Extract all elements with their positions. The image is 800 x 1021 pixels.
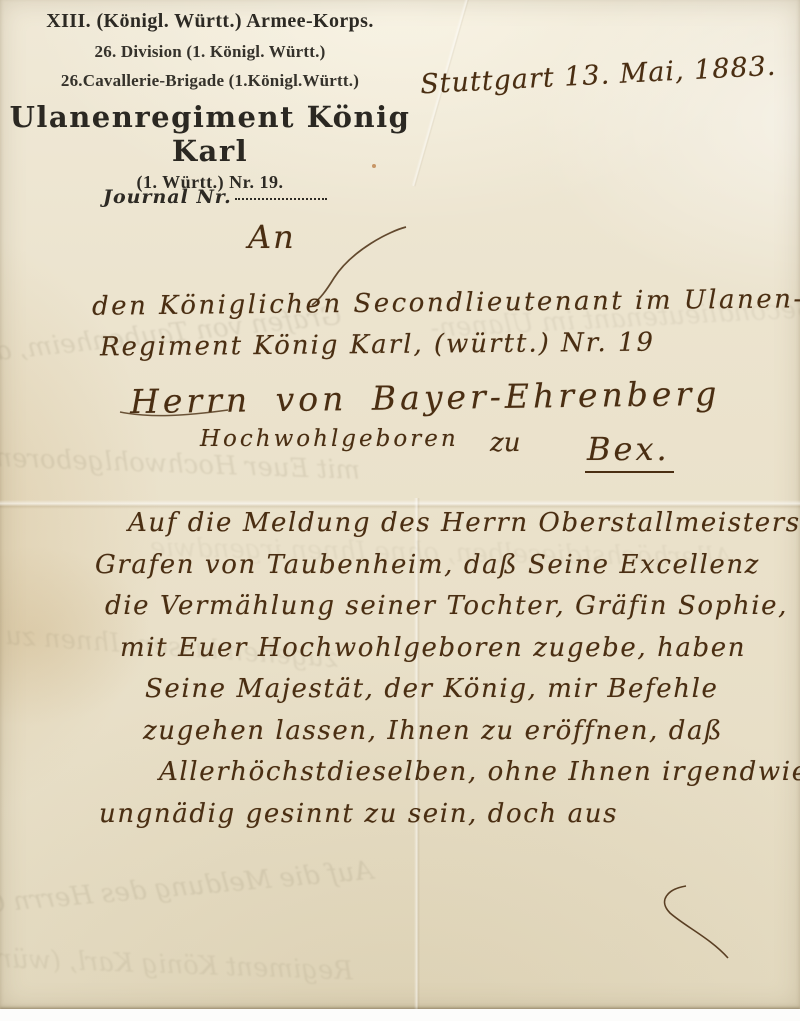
bleed-through-text: Auf die Meldung des Herrn Oberstallmeist…	[0, 856, 374, 939]
address-salutation: An	[248, 218, 296, 256]
dateline: Stuttgart 13. Mai, 1883.	[419, 51, 777, 101]
address-preposition: zu	[490, 428, 520, 458]
cavalry-brigade-line: 26.Cavallerie-Brigade (1.Königl.Württ.)	[0, 71, 420, 91]
recipient-name: Herrn von Bayer-Ehrenberg	[130, 374, 721, 421]
body-line: Auf die Meldung des Herrn Oberstallmeist…	[95, 508, 755, 550]
bleed-through-text: Regiment König Karl, (württ.) Nr. 19	[0, 940, 353, 987]
journal-label: Journal Nr.	[103, 186, 232, 208]
body-line: Seine Majestät, der König, mir Befehle	[95, 674, 755, 716]
address-line-2: Regiment König Karl, (württ.) Nr. 19	[100, 328, 655, 363]
body-line: Allerhöchstdieselben, ohne Ihnen irgendw…	[95, 757, 755, 799]
army-corps-line: XIII. (Königl. Württ.) Armee-Korps.	[0, 10, 420, 33]
body-line: mit Euer Hochwohlgeboren zugebe, haben	[95, 633, 755, 675]
division-line: 26. Division (1. Königl. Württ.)	[0, 42, 420, 62]
body-line: zugehen lassen, Ihnen zu eröffnen, daß	[95, 716, 755, 758]
regimental-letterhead: XIII. (Königl. Württ.) Armee-Korps. 26. …	[0, 10, 420, 193]
regiment-name: Ulanenregiment König Karl	[0, 100, 420, 168]
recipient-honorific: Hochwohlgeboren	[200, 426, 459, 452]
journal-number-field: Journal Nr.	[103, 186, 327, 208]
body-line: die Vermählung seiner Tochter, Gräfin So…	[95, 591, 755, 633]
address-line-1: den Königlichen Secondlieutenant im Ulan…	[92, 284, 800, 321]
letter-paper: Grafen von Taubenheim, daß Seine Excelle…	[0, 0, 800, 1009]
journal-blank-line	[235, 198, 327, 200]
body-line: ungnädig gesinnt zu sein, doch aus	[95, 799, 755, 841]
scanned-letter-page: Grafen von Taubenheim, daß Seine Excelle…	[0, 0, 800, 1021]
address-place: Bex.	[585, 430, 674, 473]
body-line: Grafen von Taubenheim, daß Seine Excelle…	[95, 550, 755, 592]
scanner-background-strip	[0, 1009, 800, 1021]
letter-body: Auf die Meldung des Herrn Oberstallmeist…	[95, 508, 755, 840]
